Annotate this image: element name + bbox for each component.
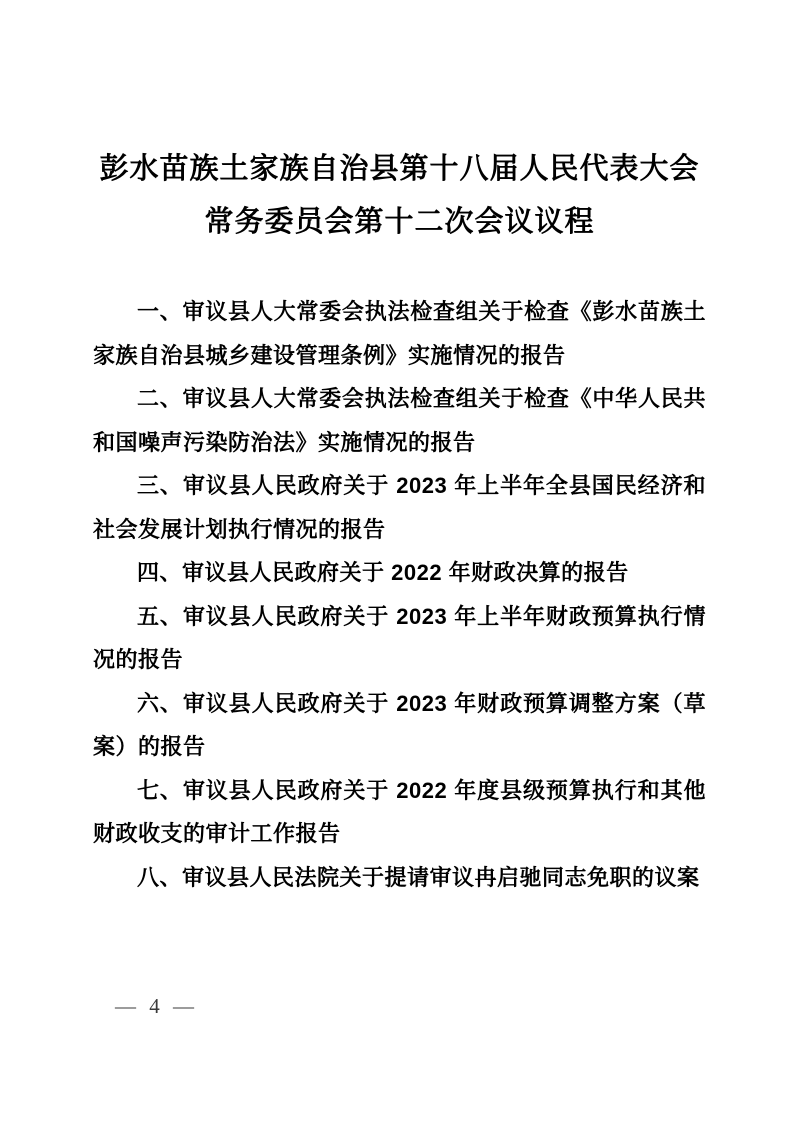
document-content: 彭水苗族土家族自治县第十八届人民代表大会 常务委员会第十二次会议议程 一、审议县… — [0, 0, 793, 899]
agenda-item: 一、审议县人大常委会执法检查组关于检查《彭水苗族土家族自治县城乡建设管理条例》实… — [93, 290, 706, 377]
document-title: 彭水苗族土家族自治县第十八届人民代表大会 常务委员会第十二次会议议程 — [93, 0, 706, 249]
agenda-item: 四、审议县人民政府关于 2022 年财政决算的报告 — [93, 551, 706, 595]
agenda-item: 二、审议县人大常委会执法检查组关于检查《中华人民共和国噪声污染防治法》实施情况的… — [93, 377, 706, 464]
document-page: 彭水苗族土家族自治县第十八届人民代表大会 常务委员会第十二次会议议程 一、审议县… — [0, 0, 793, 1122]
agenda-item: 六、审议县人民政府关于 2023 年财政预算调整方案（草案）的报告 — [93, 682, 706, 769]
agenda-item: 八、审议县人民法院关于提请审议冉启驰同志免职的议案 — [93, 856, 706, 900]
agenda-item: 五、审议县人民政府关于 2023 年上半年财政预算执行情况的报告 — [93, 595, 706, 682]
agenda-list: 一、审议县人大常委会执法检查组关于检查《彭水苗族土家族自治县城乡建设管理条例》实… — [93, 290, 706, 899]
title-line-2: 常务委员会第十二次会议议程 — [93, 196, 706, 249]
agenda-item: 七、审议县人民政府关于 2022 年度县级预算执行和其他财政收支的审计工作报告 — [93, 769, 706, 856]
title-line-1: 彭水苗族土家族自治县第十八届人民代表大会 — [93, 143, 706, 196]
agenda-item: 三、审议县人民政府关于 2023 年上半年全县国民经济和社会发展计划执行情况的报… — [93, 464, 706, 551]
page-number: — 4 — — [115, 994, 198, 1019]
